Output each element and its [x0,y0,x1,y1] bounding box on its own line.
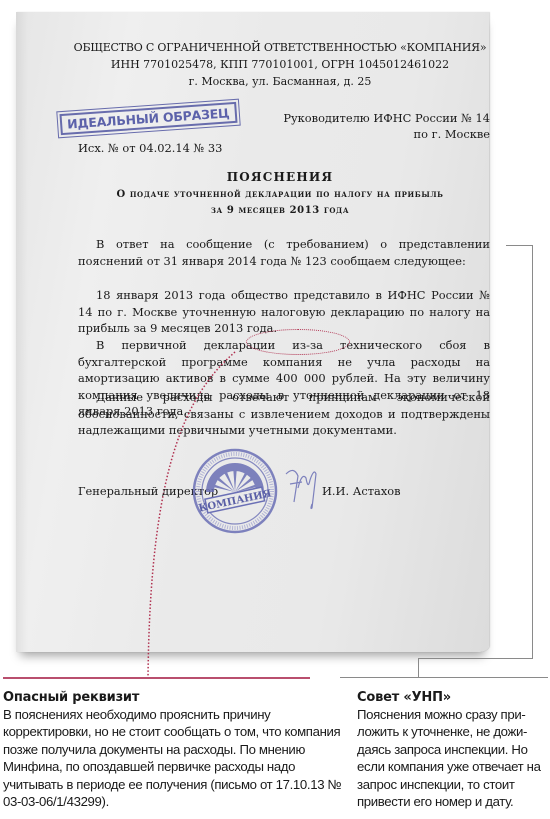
signer-name: И.И. Астахов [322,484,401,499]
company-seal-icon: КОМПАНИЯ [192,448,278,534]
paragraph-intro: В ответ на сообщение (с требованием) о п… [78,236,490,269]
paper-fold-shadow [16,12,28,652]
paragraph-intro-text: В ответ на сообщение (с требованием) о п… [78,237,490,268]
note-left-text: В пояснениях необходимо прояснить причин… [3,706,343,810]
callout-bracket-bottom [418,658,533,659]
callout-bracket-connector [418,658,419,678]
note-dangerous-detail: Опасный реквизит В пояснениях необходимо… [3,689,343,810]
document-subtitle-1: О подаче уточненной декларации по налогу… [60,187,500,202]
document-title: ПОЯСНЕНИЯ [60,170,500,185]
callout-divider-right [340,677,548,678]
note-left-title: Опасный реквизит [3,689,343,706]
note-right-title: Совет «УНП» [357,689,549,706]
callout-bracket-top [506,245,532,246]
company-name: ОБЩЕСТВО С ОГРАНИЧЕННОЙ ОТВЕТСТВЕННОСТЬЮ… [60,40,500,55]
recipient-line-2: по г. Москве [283,126,490,142]
callout-bracket-vertical [532,245,533,659]
paragraph-justification-text: Данные расходы отвечают принципам эконом… [78,390,490,437]
recipient-block: Руководителю ИФНС России № 14 по г. Моск… [283,110,490,142]
paragraph-justification: Данные расходы отвечают принципам эконом… [78,389,490,439]
company-address: г. Москва, ул. Басманная, д. 25 [60,74,500,89]
signature-icon [282,462,324,512]
company-requisites: ИНН 7701025478, КПП 770101001, ОГРН 1045… [60,57,500,72]
recipient-line-1: Руководителю ИФНС России № 14 [283,110,490,126]
outgoing-number: Исх. № от 04.02.14 № 33 [78,141,222,156]
document-subtitle-2: за 9 месяцев 2013 года [60,203,500,218]
paragraph-submission-text: 18 января 2013 года общество представило… [78,288,490,335]
note-right-text: Пояснения можно сразу при­ложить к уточн… [357,706,549,810]
note-unp-advice: Совет «УНП» Пояснения можно сразу при­ло… [357,689,549,810]
callout-divider-left [3,677,310,679]
highlight-oval [246,329,350,355]
